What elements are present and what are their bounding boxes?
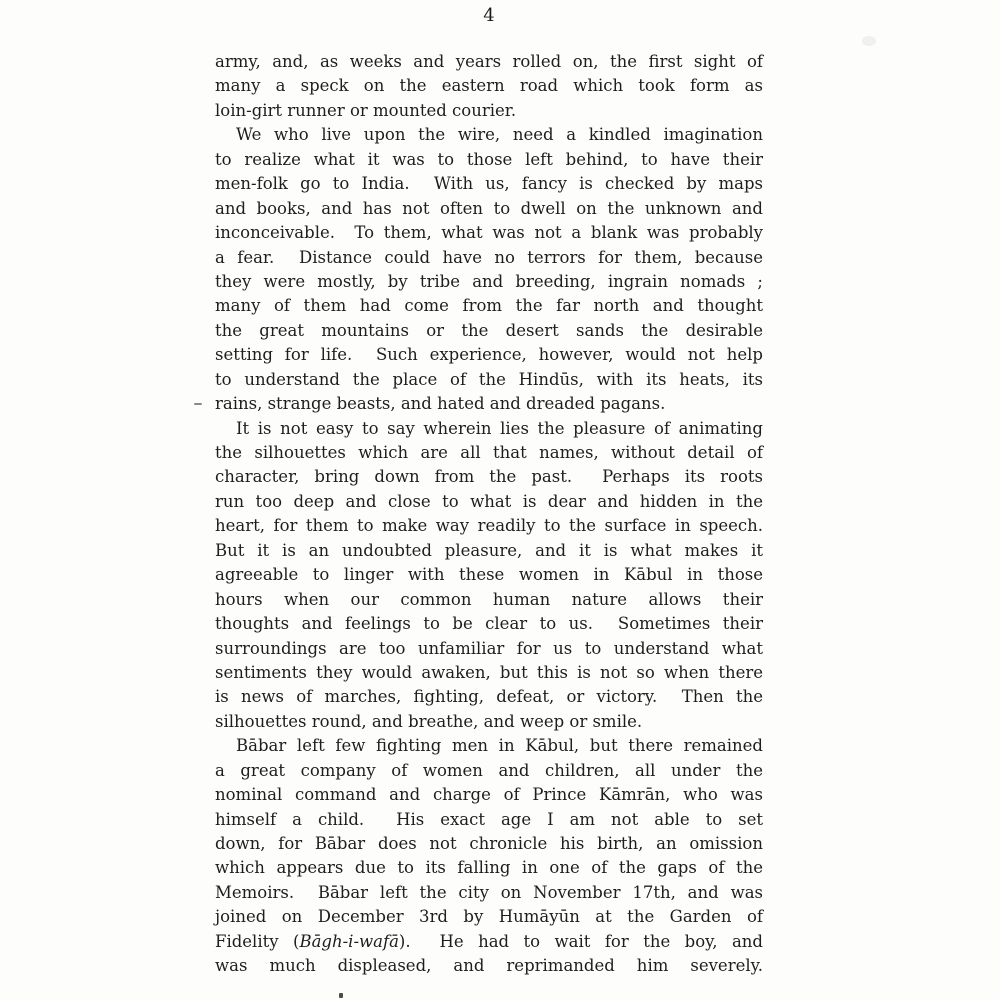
- text-line: heart, for them to make way readily to t…: [215, 514, 763, 538]
- text-line: and books, and has not often to dwell on…: [215, 197, 763, 221]
- paragraph: army, and, as weeks and years rolled on,…: [215, 50, 763, 123]
- text-line: loin-girt runner or mounted courier.: [215, 99, 763, 123]
- text-line: a fear. Distance could have no terrors f…: [215, 246, 763, 270]
- text-line: is news of marches, fighting, defeat, or…: [215, 685, 763, 709]
- text-line: sentiments they would awaken, but this i…: [215, 661, 763, 685]
- text-line: surroundings are too unfamiliar for us t…: [215, 637, 763, 661]
- text-line: nominal command and charge of Prince Kām…: [215, 783, 763, 807]
- text-line: silhouettes round, and breathe, and weep…: [215, 710, 763, 734]
- paragraph: Bābar left few fighting men in Kābul, bu…: [215, 734, 763, 978]
- text-line: was much displeased, and reprimanded him…: [215, 954, 763, 978]
- text-line: inconceivable. To them, what was not a b…: [215, 221, 763, 245]
- text-line: down, for Bābar does not chronicle his b…: [215, 832, 763, 856]
- text-line: army, and, as weeks and years rolled on,…: [215, 50, 763, 74]
- text-line: they were mostly, by tribe and breeding,…: [215, 270, 763, 294]
- text-line: the great mountains or the desert sands …: [215, 319, 763, 343]
- text-line: run too deep and close to what is dear a…: [215, 490, 763, 514]
- book-page: 4 army, and, as weeks and years rolled o…: [0, 0, 1000, 1000]
- paragraph: We who live upon the wire, need a kindle…: [215, 123, 763, 416]
- text-line: to understand the place of the Hindūs, w…: [215, 368, 763, 392]
- page-text: army, and, as weeks and years rolled on,…: [215, 50, 763, 979]
- text-line: character, bring down from the past. Per…: [215, 465, 763, 489]
- text-line: which appears due to its falling in one …: [215, 856, 763, 880]
- text-line: himself a child. His exact age I am not …: [215, 808, 763, 832]
- page-number: 4: [215, 5, 763, 26]
- text-line: rains, strange beasts, and hated and dre…: [215, 392, 763, 416]
- text-line: a great company of women and children, a…: [215, 759, 763, 783]
- scan-speck: [339, 993, 343, 998]
- text-line: We who live upon the wire, need a kindle…: [215, 123, 763, 147]
- scan-smudge: [862, 36, 876, 46]
- scan-speck: [194, 403, 202, 405]
- text-line: many of them had come from the far north…: [215, 294, 763, 318]
- text-line: agreeable to linger with these women in …: [215, 563, 763, 587]
- text-line: the silhouettes which are all that names…: [215, 441, 763, 465]
- text-line: But it is an undoubted pleasure, and it …: [215, 539, 763, 563]
- text-line: setting for life. Such experience, howev…: [215, 343, 763, 367]
- text-line: to realize what it was to those left beh…: [215, 148, 763, 172]
- text-line: Memoirs. Bābar left the city on November…: [215, 881, 763, 905]
- text-line: thoughts and feelings to be clear to us.…: [215, 612, 763, 636]
- text-line: Bābar left few fighting men in Kābul, bu…: [215, 734, 763, 758]
- text-line: joined on December 3rd by Humāyūn at the…: [215, 905, 763, 929]
- text-line: many a speck on the eastern road which t…: [215, 74, 763, 98]
- text-line: men-folk go to India. With us, fancy is …: [215, 172, 763, 196]
- text-line: hours when our common human nature allow…: [215, 588, 763, 612]
- text-line: It is not easy to say wherein lies the p…: [215, 417, 763, 441]
- text-line: Fidelity (Bāgh-i-wafā). He had to wait f…: [215, 930, 763, 954]
- paragraph: It is not easy to say wherein lies the p…: [215, 417, 763, 735]
